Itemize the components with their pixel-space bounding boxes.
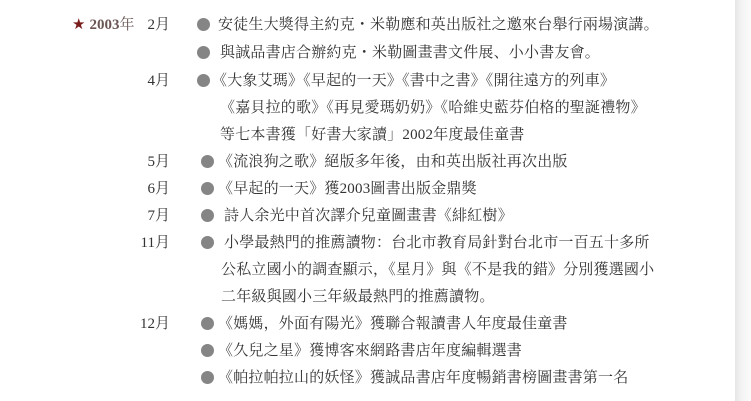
bullet-icon: [197, 46, 210, 59]
entry-text: 《早起的一天》獲2003圖書出版金鼎獎: [218, 178, 477, 200]
month-label: 11月: [110, 232, 170, 254]
entry-text-continued: 二年級與國小三年級最熱門的推薦讀物。: [221, 286, 495, 308]
entry-text-continued: 公私立國小的調查顯示，《星月》與《不是我的錯》分別獲選國小: [221, 259, 654, 281]
bullet-icon: [201, 155, 214, 168]
entry-text-continued: 《嘉貝拉的歌》《再見愛瑪奶奶》《哈維史藍芬伯格的聖誕禮物》: [220, 97, 646, 119]
month-label: 12月: [110, 313, 170, 335]
bullet-icon: [197, 74, 210, 87]
entry-text: 安徒生大獎得主約克・米勒應和英出版社之邀來台舉行兩場演講。: [218, 14, 659, 36]
entry-text: 《流浪狗之歌》絕版多年後，由和英出版社再次出版: [218, 151, 568, 173]
bullet-icon: [201, 236, 214, 249]
month-label: 4月: [110, 70, 170, 92]
entry-text: 《久兒之星》獲博客來網路書店年度編輯選書: [218, 340, 522, 362]
bullet-icon: [201, 317, 214, 330]
star-icon: ★: [72, 17, 85, 33]
entry-text: 《帕拉帕拉山的妖怪》獲誠品書店年度暢銷書榜圖畫書第一名: [218, 367, 628, 389]
month-label: 7月: [110, 205, 170, 227]
entry-text: 與誠品書店合辦約克・米勒圖畫書文件展、小小書友會。: [220, 42, 600, 64]
entry-text: 詩人余光中首次譯介兒童圖畫書《緋紅樹》: [224, 205, 513, 227]
timeline-page: ★2003年 2月 安徒生大獎得主約克・米勒應和英出版社之邀來台舉行兩場演講。 …: [0, 0, 735, 401]
bullet-icon: [201, 209, 214, 222]
bullet-icon: [197, 18, 210, 31]
bullet-icon: [201, 371, 214, 384]
page-edge-shadow: [735, 0, 751, 401]
month-label: 6月: [110, 178, 170, 200]
entry-text: 《大象艾瑪》《早起的一天》《書中之書》《開往遠方的列車》: [212, 70, 615, 92]
month-label: 5月: [110, 151, 170, 173]
entry-text-continued: 等七本書獲「好書大家讀」2002年度最佳童書: [220, 124, 524, 146]
entry-text: 《媽媽，外面有陽光》獲聯合報讀書人年度最佳童書: [218, 313, 568, 335]
bullet-icon: [201, 344, 214, 357]
bullet-icon: [201, 182, 214, 195]
entry-text: 小學最熱門的推薦讀物：台北市教育局針對台北市一百五十多所: [224, 232, 650, 254]
month-label: 2月: [110, 14, 170, 36]
